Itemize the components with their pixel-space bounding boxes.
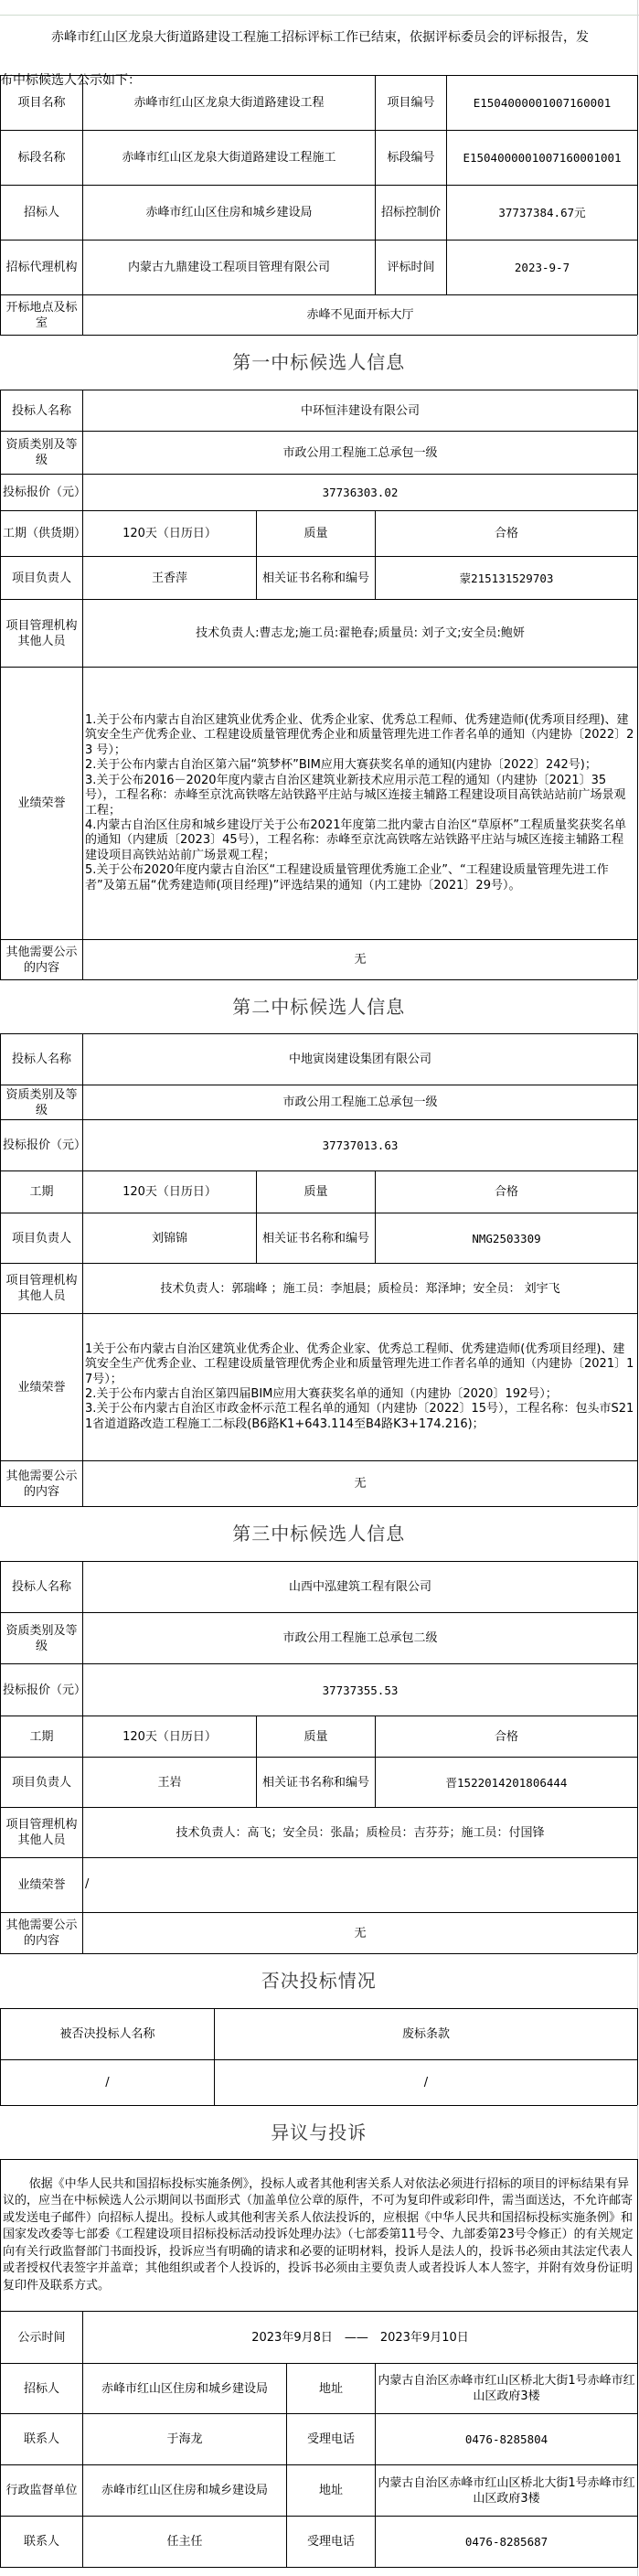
honors-label: 业绩荣誉 (1, 668, 83, 940)
supervisor-contact: 任主任 (83, 2517, 287, 2568)
price-label: 投标报价（元） (1, 1664, 83, 1716)
project-name-label: 项目名称 (1, 76, 83, 131)
supervisor-label: 行政监督单位 (1, 2465, 83, 2517)
contact-label: 联系人 (1, 2414, 83, 2465)
intro-line-1: 赤峰市红山区龙泉大街道路建设工程施工招标评标工作已结束，依据评标委员会的评标报告… (0, 16, 634, 59)
other-label: 其他需要公示的内容 (1, 1913, 83, 1954)
candidate-1-honors: 1.关于公布内蒙古自治区建筑业优秀企业、优秀企业家、优秀总工程师、优秀建造师(优… (83, 668, 638, 940)
cert-label: 相关证书名称和编号 (257, 1213, 376, 1264)
rejected-name-header: 被否决投标人名称 (1, 2009, 215, 2060)
section-code-label: 标段编号 (376, 131, 447, 186)
control-price: 37737384.67元 (447, 186, 638, 240)
period-label: 工期（供货期） (1, 511, 83, 557)
quality-label: 质量 (257, 1171, 376, 1213)
candidate-3-table: 第三中标候选人信息 投标人名称 山西中泓建筑工程有限公司 资质类别及等级 市政公… (0, 1506, 638, 1954)
objection-paragraph: 依据《中华人民共和国招标投标实施条例》，投标人或者其他利害关系人对依法必须进行招… (1, 2160, 638, 2312)
section-code: E1504000001007160001001 (447, 131, 638, 186)
candidate-2-other: 无 (83, 1461, 638, 1507)
candidate-1-price: 37736303.02 (83, 475, 638, 511)
candidate-3-qualification: 市政公用工程施工总承包二级 (83, 1613, 638, 1664)
project-code: E1504000001007160001 (447, 76, 638, 131)
top-divider (0, 15, 639, 16)
price-label: 投标报价（元） (1, 475, 83, 511)
bidder-label: 投标人名称 (1, 1034, 83, 1085)
rejection-title: 否决投标情况 (1, 1954, 638, 2009)
bidder-label: 投标人名称 (1, 390, 83, 432)
project-info-table: 项目名称 赤峰市红山区龙泉大街道路建设工程 项目编号 E150400000100… (0, 75, 638, 336)
tenderer-name: 赤峰市红山区住房和城乡建设局 (83, 2364, 287, 2414)
rejection-clause: / (215, 2060, 638, 2106)
candidate-1-bidder: 中环恒沣建设有限公司 (83, 390, 638, 432)
candidate-3-quality: 合格 (376, 1716, 638, 1758)
staff-label: 项目管理机构其他人员 (1, 600, 83, 668)
supervisor-name: 赤峰市红山区住房和城乡建设局 (83, 2465, 287, 2517)
qualification-label: 资质类别及等级 (1, 1613, 83, 1664)
candidate-2-qualification: 市政公用工程施工总承包一级 (83, 1085, 638, 1120)
other-label: 其他需要公示的内容 (1, 940, 83, 980)
candidate-3-period: 120天（日历日） (83, 1716, 257, 1758)
candidate-2-manager: 刘锦锦 (83, 1213, 257, 1264)
candidate-2-staff: 技术负责人：郭瑞峰 ；施工员：李旭晨；质检员：郑泽坤；安全员： 刘宇飞 (83, 1264, 638, 1314)
candidate-3-honors: / (83, 1858, 638, 1913)
tenderer-label: 招标人 (1, 2364, 83, 2414)
objection-table: 异议与投诉 依据《中华人民共和国招标投标实施条例》，投标人或者其他利害关系人对依… (0, 2105, 638, 2568)
manager-label: 项目负责人 (1, 1213, 83, 1264)
address-label: 地址 (287, 2364, 376, 2414)
supervisor-address: 内蒙古自治区赤峰市红山区桥北大街1号赤峰市红山区政府3楼 (376, 2465, 638, 2517)
honors-label: 业绩荣誉 (1, 1858, 83, 1913)
candidate-3-bidder: 山西中泓建筑工程有限公司 (83, 1562, 638, 1613)
tenderer-address: 内蒙古自治区赤峰市红山区桥北大街1号赤峰市红山区政府3楼 (376, 2364, 638, 2414)
cert-label: 相关证书名称和编号 (257, 1758, 376, 1808)
cert-label: 相关证书名称和编号 (257, 557, 376, 600)
manager-label: 项目负责人 (1, 557, 83, 600)
project-name: 赤峰市红山区龙泉大街道路建设工程 (83, 76, 376, 131)
price-label: 投标报价（元） (1, 1120, 83, 1171)
candidate-1-table: 第一中标候选人信息 投标人名称 中环恒沣建设有限公司 资质类别及等级 市政公用工… (0, 335, 638, 980)
address-label: 地址 (287, 2465, 376, 2517)
candidate-2-title: 第二中标候选人信息 (1, 980, 638, 1034)
tenderer-contact: 于海龙 (83, 2414, 287, 2465)
quality-label: 质量 (257, 511, 376, 557)
candidate-1-qualification: 市政公用工程施工总承包一级 (83, 432, 638, 475)
notice-period: 2023年9月8日 —— 2023年9月10日 (83, 2312, 638, 2364)
section-name-label: 标段名称 (1, 131, 83, 186)
candidate-3-price: 37737355.53 (83, 1664, 638, 1716)
period-label: 公示时间 (1, 2312, 83, 2364)
tenderer-label: 招标人 (1, 186, 83, 240)
venue: 赤峰不见面开标大厅 (83, 295, 638, 336)
candidate-1-period: 120天（日历日） (83, 511, 257, 557)
supervisor-phone: 0476-8285687 (376, 2517, 638, 2568)
agency-label: 招标代理机构 (1, 240, 83, 295)
candidate-2-table: 第二中标候选人信息 投标人名称 中地寅岗建设集团有限公司 资质类别及等级 市政公… (0, 979, 638, 1507)
objection-title: 异议与投诉 (1, 2106, 638, 2160)
section-name: 赤峰市红山区龙泉大街道路建设工程施工 (83, 131, 376, 186)
candidate-1-quality: 合格 (376, 511, 638, 557)
eval-time: 2023-9-7 (447, 240, 638, 295)
candidate-3-title: 第三中标候选人信息 (1, 1507, 638, 1562)
candidate-1-staff: 技术负责人:曹志龙;施工员:翟艳春;质量员: 刘子文;安全员:鲍妍 (83, 600, 638, 668)
candidate-2-quality: 合格 (376, 1171, 638, 1213)
tenderer: 赤峰市红山区住房和城乡建设局 (83, 186, 376, 240)
candidate-3-cert: 晋1522014201806444 (376, 1758, 638, 1808)
rejected-name: / (1, 2060, 215, 2106)
contact-label: 联系人 (1, 2517, 83, 2568)
candidate-2-period: 120天（日历日） (83, 1171, 257, 1213)
candidate-1-cert: 蒙215131529703 (376, 557, 638, 600)
qualification-label: 资质类别及等级 (1, 1085, 83, 1120)
candidate-2-cert: NMG2503309 (376, 1213, 638, 1264)
period-label: 工期 (1, 1716, 83, 1758)
candidate-3-staff: 技术负责人：高飞；安全员：张晶；质检员：吉芬芬；施工员：付国锋 (83, 1808, 638, 1858)
period-label: 工期 (1, 1171, 83, 1213)
control-price-label: 招标控制价 (376, 186, 447, 240)
candidate-1-other: 无 (83, 940, 638, 980)
staff-label: 项目管理机构其他人员 (1, 1808, 83, 1858)
eval-time-label: 评标时间 (376, 240, 447, 295)
candidate-3-manager: 王岩 (83, 1758, 257, 1808)
candidate-3-other: 无 (83, 1913, 638, 1954)
tenderer-phone: 0476-8285804 (376, 2414, 638, 2465)
phone-label: 受理电话 (287, 2414, 376, 2465)
quality-label: 质量 (257, 1716, 376, 1758)
staff-label: 项目管理机构其他人员 (1, 1264, 83, 1314)
agency: 内蒙古九鼎建设工程项目管理有限公司 (83, 240, 376, 295)
rejection-table: 否决投标情况 被否决投标人名称 废标条款 / / (0, 1953, 638, 2106)
candidate-1-manager: 王香萍 (83, 557, 257, 600)
bidder-label: 投标人名称 (1, 1562, 83, 1613)
qualification-label: 资质类别及等级 (1, 432, 83, 475)
candidate-2-bidder: 中地寅岗建设集团有限公司 (83, 1034, 638, 1085)
other-label: 其他需要公示的内容 (1, 1461, 83, 1507)
honors-label: 业绩荣誉 (1, 1314, 83, 1461)
candidate-1-title: 第一中标候选人信息 (1, 336, 638, 390)
candidate-2-honors: 1关于公布内蒙古自治区建筑业优秀企业、优秀企业家、优秀总工程师、优秀建造师(优秀… (83, 1314, 638, 1461)
venue-label: 开标地点及标室 (1, 295, 83, 336)
project-code-label: 项目编号 (376, 76, 447, 131)
candidate-2-price: 37737013.63 (83, 1120, 638, 1171)
phone-label: 受理电话 (287, 2517, 376, 2568)
manager-label: 项目负责人 (1, 1758, 83, 1808)
rejection-clause-header: 废标条款 (215, 2009, 638, 2060)
